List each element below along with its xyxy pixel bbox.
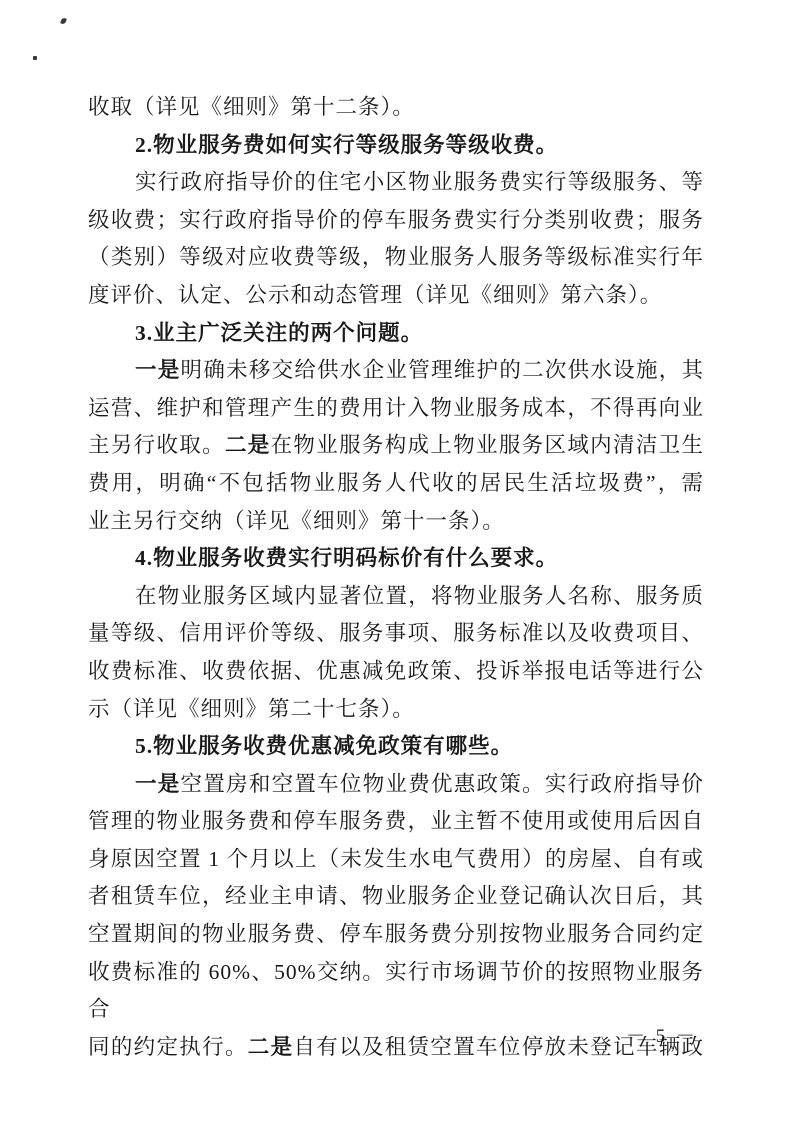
text-segment: 运营、维护和管理产生的费用计入物业服务成本，不得再向业 — [88, 396, 704, 420]
text-line: 运营、维护和管理产生的费用计入物业服务成本，不得再向业 — [88, 390, 704, 428]
heading-line: 4.物业服务收费实行明码标价有什么要求。 — [88, 540, 704, 578]
text-segment: 二是 — [248, 1035, 294, 1059]
page-number: － 5 － — [626, 1024, 698, 1050]
text-line: 费用，明确“不包括物业服务人代收的居民生活垃圾费”，需 — [88, 465, 704, 503]
text-line: 级收费；实行政府指导价的停车服务费实行分类别收费；服务 — [88, 202, 704, 240]
text-segment: 业主另行交纳（详见《细则》第十一条）。 — [88, 509, 505, 533]
text-segment: 同的约定执行。 — [88, 1035, 248, 1059]
text-line: 者租赁车位，经业主申请、物业服务企业登记确认次日后，其 — [88, 878, 704, 916]
text-line: 主另行收取。二是在物业服务构成上物业服务区域内清洁卫生 — [88, 427, 704, 465]
text-segment: 收费标准、收费依据、优惠减免政策、投诉举报电话等进行公 — [88, 659, 704, 683]
text-segment: 主另行收取。 — [88, 433, 225, 457]
text-segment: 度评价、认定、公示和动态管理（详见《细则》第六条）。 — [88, 283, 662, 307]
text-segment: 二是 — [225, 433, 271, 457]
text-line: 量等级、信用评价等级、服务事项、服务标准以及收费项目、 — [88, 615, 704, 653]
text-segment: 管理的物业服务费和停车服务费，业主暂不使用或使用后因自 — [88, 809, 704, 833]
text-segment: 费用，明确“不包括物业服务人代收的居民生活垃圾费”，需 — [88, 471, 704, 495]
text-line: 身原因空置 1 个月以上（未发生水电气费用）的房屋、自有或 — [88, 841, 704, 879]
text-line: 业主另行交纳（详见《细则》第十一条）。 — [88, 503, 704, 541]
text-line: 管理的物业服务费和停车服务费，业主暂不使用或使用后因自 — [88, 803, 704, 841]
text-segment: 4.物业服务收费实行明码标价有什么要求。 — [135, 546, 558, 570]
text-segment: 空置房和空置车位物业费优惠政策。实行政府指导价 — [181, 772, 704, 796]
text-line: 实行政府指导价的住宅小区物业服务费实行等级服务、等 — [88, 164, 704, 202]
text-segment: 者租赁车位，经业主申请、物业服务企业登记确认次日后，其 — [88, 884, 704, 908]
text-line: 空置期间的物业服务费、停车服务费分别按物业服务合同约定 — [88, 916, 704, 954]
text-line: 在物业服务区域内显著位置，将物业服务人名称、服务质 — [88, 578, 704, 616]
text-line: 一是空置房和空置车位物业费优惠政策。实行政府指导价 — [88, 766, 704, 804]
text-segment: 身原因空置 1 个月以上（未发生水电气费用）的房屋、自有或 — [88, 847, 704, 871]
scan-speck — [33, 56, 37, 60]
text-segment: 在物业服务构成上物业服务区域内清洁卫生 — [271, 433, 704, 457]
text-block: 收取（详见《细则》第十二条）。2.物业服务费如何实行等级服务等级收费。实行政府指… — [88, 89, 704, 1066]
text-line: 一是明确未移交给供水企业管理维护的二次供水设施，其 — [88, 352, 704, 390]
text-line: 收费标准、收费依据、优惠减免政策、投诉举报电话等进行公 — [88, 653, 704, 691]
text-segment: 收取（详见《细则》第十二条）。 — [88, 95, 415, 119]
text-segment: 5.物业服务收费优惠减免政策有哪些。 — [135, 734, 513, 758]
heading-line: 3.业主广泛关注的两个问题。 — [88, 315, 704, 353]
heading-line: 2.物业服务费如何实行等级服务等级收费。 — [88, 127, 704, 165]
text-segment: 量等级、信用评价等级、服务事项、服务标准以及收费项目、 — [88, 621, 704, 645]
text-line: （类别）等级对应收费等级，物业服务人服务等级标准实行年 — [88, 239, 704, 277]
text-segment: 级收费；实行政府指导价的停车服务费实行分类别收费；服务 — [88, 208, 704, 232]
text-segment: （类别）等级对应收费等级，物业服务人服务等级标准实行年 — [88, 245, 704, 269]
text-segment: 明确未移交给供水企业管理维护的二次供水设施，其 — [181, 358, 704, 382]
document-page: 收取（详见《细则》第十二条）。2.物业服务费如何实行等级服务等级收费。实行政府指… — [0, 0, 793, 1123]
text-segment: 2.物业服务费如何实行等级服务等级收费。 — [135, 133, 558, 157]
text-segment: 实行政府指导价的住宅小区物业服务费实行等级服务、等 — [135, 170, 704, 194]
text-line: 示（详见《细则》第二十七条）。 — [88, 691, 704, 729]
scan-speck — [60, 17, 67, 24]
text-segment: 示（详见《细则》第二十七条）。 — [88, 697, 415, 721]
text-line: 收费标准的 60%、50%交纳。实行市场调节价的按照物业服务合 — [88, 954, 704, 1029]
text-segment: 3.业主广泛关注的两个问题。 — [135, 321, 423, 345]
text-line: 收取（详见《细则》第十二条）。 — [88, 89, 704, 127]
text-segment: 收费标准的 60%、50%交纳。实行市场调节价的按照物业服务合 — [88, 960, 704, 1022]
text-line: 度评价、认定、公示和动态管理（详见《细则》第六条）。 — [88, 277, 704, 315]
heading-line: 5.物业服务收费优惠减免政策有哪些。 — [88, 728, 704, 766]
text-segment: 空置期间的物业服务费、停车服务费分别按物业服务合同约定 — [88, 922, 704, 946]
text-line: 同的约定执行。二是自有以及租赁空置车位停放未登记车辆政 — [88, 1029, 704, 1067]
text-segment: 一是 — [135, 358, 181, 382]
text-segment: 一是 — [135, 772, 181, 796]
text-segment: 在物业服务区域内显著位置，将物业服务人名称、服务质 — [135, 584, 704, 608]
